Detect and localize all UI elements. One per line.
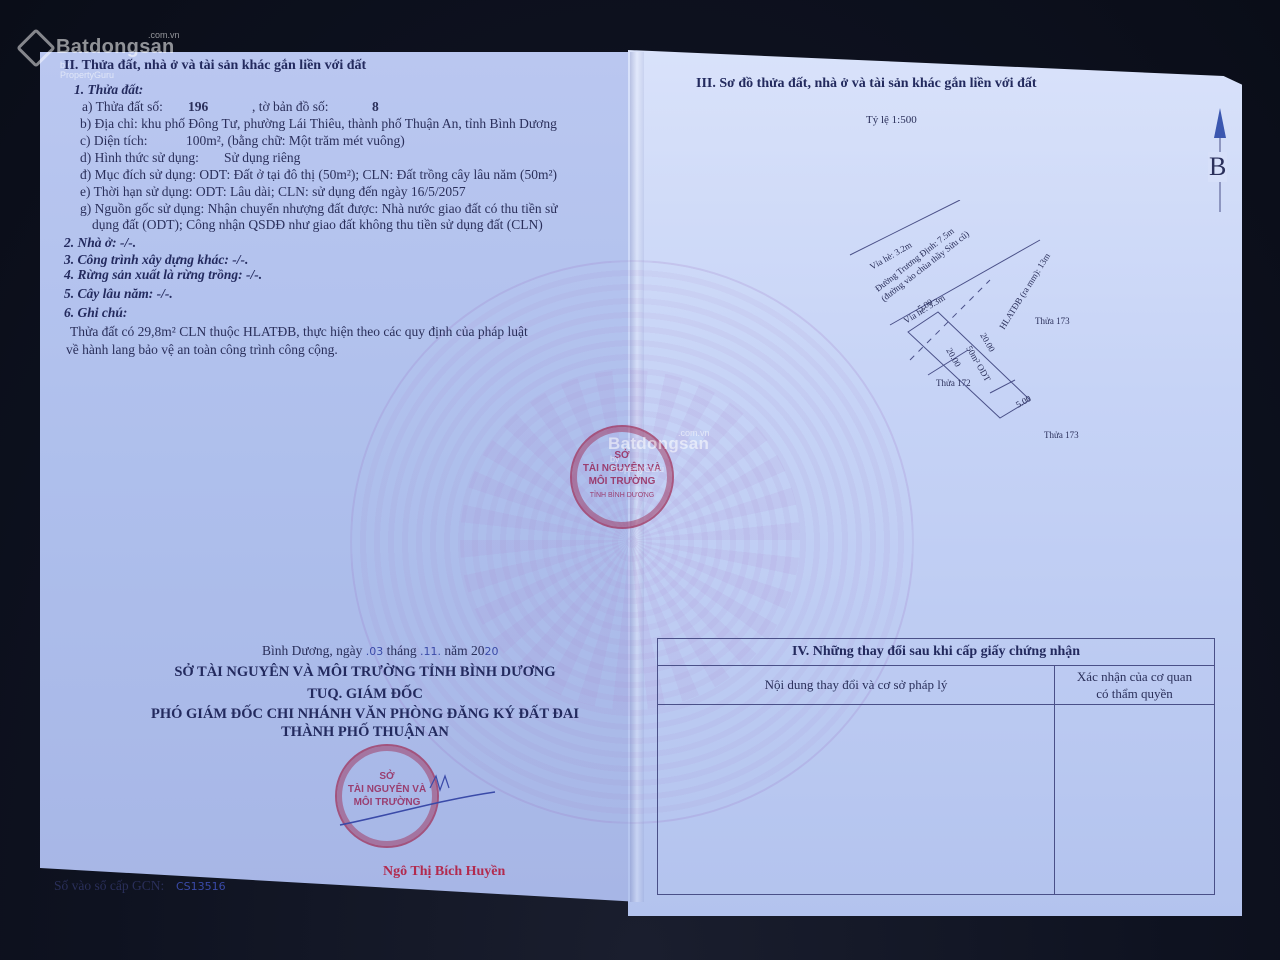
signature-stroke	[330, 770, 500, 840]
parcel-number-label: a) Thửa đất số:	[82, 99, 163, 115]
parcel-heading: 1. Thửa đất:	[74, 82, 143, 98]
parcel-number-value: 196	[188, 99, 208, 115]
issue-month-label: tháng	[387, 643, 417, 658]
center-seal-line-3: MÔI TRƯỜNG	[572, 475, 672, 488]
usage-form-label: d) Hình thức sử dụng:	[80, 150, 199, 166]
map-sheet-value: 8	[372, 99, 379, 115]
usage-origin-line1: g) Nguồn gốc sử dụng: Nhận chuyển nhượng…	[80, 201, 558, 217]
parcel-area-value: 100m², (bằng chữ: Một trăm mét vuông)	[186, 133, 405, 149]
map-neighbor-173-bottom: Thửa 173	[1044, 430, 1079, 440]
usage-term: e) Thời hạn sử dụng: ODT: Lâu dài; CLN: …	[80, 184, 466, 200]
parcel-area-label: c) Diện tích:	[80, 133, 147, 149]
issue-place: Bình Dương, ngày	[262, 643, 362, 658]
parcel-address: b) Địa chỉ: khu phố Đông Tư, phường Lái …	[80, 116, 557, 132]
table-column-divider	[1054, 703, 1055, 894]
changes-table-header: Nội dung thay đổi và cơ sở pháp lý Xác n…	[658, 666, 1214, 705]
issue-month: .11.	[420, 645, 441, 658]
map-road-note: (đường vào chùa thầy Sửu cũ)	[879, 229, 971, 304]
map-back-width: 5.00	[1014, 393, 1033, 410]
branch-city: THÀNH PHỐ THUẬN AN	[130, 724, 600, 741]
issuing-authority: SỞ TÀI NGUYÊN VÀ MÔI TRƯỜNG TỈNH BÌNH DƯ…	[130, 664, 600, 681]
north-label: B	[1208, 152, 1227, 182]
usage-origin-line2: dụng đất (ODT); Công nhận QSDĐ như giao …	[92, 217, 543, 233]
changes-content-column: Nội dung thay đổi và cơ sở pháp lý	[658, 666, 1055, 704]
issue-place-date: Bình Dương, ngày .03 tháng .11. năm 2020	[262, 643, 498, 659]
issue-year-label: năm 20	[444, 643, 484, 658]
map-neighbor-173-top: Thửa 173	[1035, 316, 1070, 326]
on-behalf-of-director: TUQ. GIÁM ĐỐC	[130, 686, 600, 703]
notes-heading: 6. Ghi chú:	[64, 305, 127, 321]
issue-year-suffix: 20	[484, 645, 498, 658]
note-line-2: về hành lang bảo vệ an toàn công trình c…	[66, 342, 338, 358]
authority-column-line-1: Xác nhận của cơ quan	[1055, 668, 1214, 685]
watermark-center-byline: by PropertyGuru	[610, 454, 664, 474]
deputy-director-title: PHÓ GIÁM ĐỐC CHI NHÁNH VĂN PHÒNG ĐĂNG KÝ…	[130, 706, 600, 723]
center-seal-ring: TỈNH BÌNH DƯƠNG	[572, 492, 672, 499]
note-line-1: Thửa đất có 29,8m² CLN thuộc HLATĐB, thự…	[70, 324, 528, 340]
map-sheet-label: , tờ bản đồ số:	[252, 99, 329, 115]
authority-confirmation-column: Xác nhận của cơ quan có thẩm quyền	[1055, 666, 1214, 704]
registry-label: Số vào sổ cấp GCN:	[54, 878, 164, 894]
map-scale: Tỷ lệ 1:500	[866, 114, 917, 126]
changes-table-title: IV. Những thay đổi sau khi cấp giấy chứn…	[658, 639, 1214, 666]
registry-number: CS13516	[176, 880, 226, 893]
map-side-right: 20.00	[978, 331, 997, 354]
watermark-center-domain: .com.vn	[678, 428, 710, 438]
house-item: 2. Nhà ở: -/-.	[64, 235, 136, 251]
parcel-diagram: Vỉa hè: 3.2m Đường Trương Định: 7.5m (đư…	[820, 200, 1120, 450]
other-construction-item: 3. Công trình xây dựng khác: -/-.	[64, 252, 248, 268]
section-ii-title: II. Thửa đất, nhà ở và tài sản khác gắn …	[64, 58, 366, 74]
issue-day: .03	[366, 645, 384, 658]
changes-table: IV. Những thay đổi sau khi cấp giấy chứn…	[657, 638, 1215, 895]
map-neighbor-172: Thửa 172	[936, 378, 971, 388]
signer-name: Ngô Thị Bích Huyền	[383, 864, 505, 880]
production-forest-item: 4. Rừng sản xuất là rừng trồng: -/-.	[64, 267, 262, 283]
usage-purpose: đ) Mục đích sử dụng: ODT: Đất ở tại đô t…	[80, 167, 557, 183]
usage-form-value: Sử dụng riêng	[224, 150, 300, 166]
watermark-domain: .com.vn	[148, 30, 180, 40]
perennial-trees-item: 5. Cây lâu năm: -/-.	[64, 286, 173, 302]
section-iii-title: III. Sơ đồ thửa đất, nhà ở và tài sản kh…	[696, 76, 1037, 92]
authority-column-line-2: có thẩm quyền	[1055, 685, 1214, 702]
map-side-left: 20.00	[944, 346, 963, 369]
